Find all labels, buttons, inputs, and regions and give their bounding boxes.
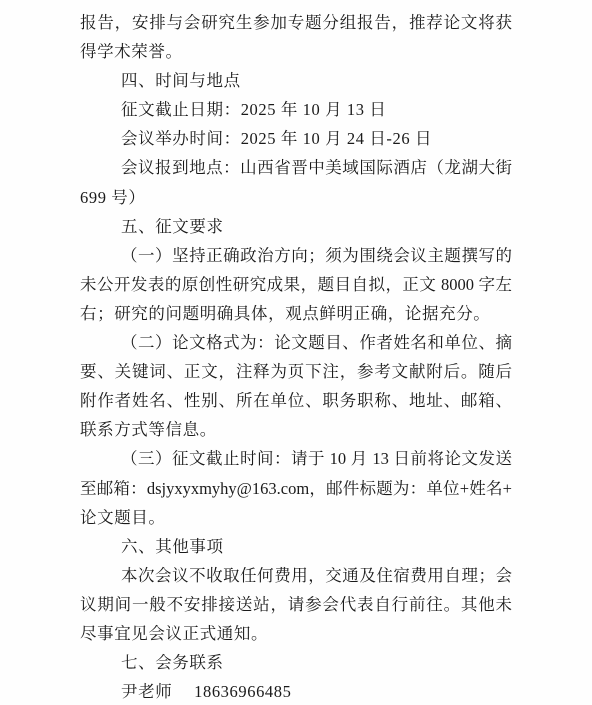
- text-line: （三）征文截止时间：请于 10 月 13 日前将论文发送: [80, 444, 512, 473]
- text-line: 尹老师 18636966485: [80, 677, 512, 705]
- text-line: 附作者姓名、性别、所在单位、职务职称、地址、邮箱、: [80, 386, 512, 415]
- text-line: 至邮箱：dsjyxyxmyhy@163.com，邮件标题为：单位+姓名+: [80, 474, 512, 503]
- text-line: （一）坚持正确政治方向；须为围绕会议主题撰写的: [80, 241, 512, 270]
- text-line: 会议报到地点：山西省晋中美域国际酒店（龙湖大街: [80, 153, 512, 182]
- text-line: 要、关键词、正文，注释为页下注，参考文献附后。随后: [80, 357, 512, 386]
- text-line: 会议举办时间：2025 年 10 月 24 日-26 日: [80, 124, 512, 153]
- text-line: 议期间一般不安排接送站，请参会代表自行前往。其他未: [80, 590, 512, 619]
- text-line: 右；研究的问题明确具体，观点鲜明正确，论据充分。: [80, 299, 512, 328]
- text-line: 四、时间与地点: [80, 66, 512, 95]
- text-line: 报告，安排与会研究生参加专题分组报告，推荐论文将获: [80, 8, 512, 37]
- text-line: 699 号）: [80, 183, 512, 212]
- text-line: 联系方式等信息。: [80, 415, 512, 444]
- text-line: 五、征文要求: [80, 212, 512, 241]
- text-line: 论文题目。: [80, 503, 512, 532]
- text-line: 尽事宜见会议正式通知。: [80, 619, 512, 648]
- document-page: 报告，安排与会研究生参加专题分组报告，推荐论文将获得学术荣誉。四、时间与地点征文…: [0, 0, 592, 705]
- text-line: （二）论文格式为：论文题目、作者姓名和单位、摘: [80, 328, 512, 357]
- text-line: 七、会务联系: [80, 648, 512, 677]
- text-line: 六、其他事项: [80, 532, 512, 561]
- document-text: 报告，安排与会研究生参加专题分组报告，推荐论文将获得学术荣誉。四、时间与地点征文…: [80, 8, 512, 705]
- text-line: 征文截止日期：2025 年 10 月 13 日: [80, 95, 512, 124]
- text-line: 本次会议不收取任何费用，交通及住宿费用自理；会: [80, 561, 512, 590]
- text-line: 未公开发表的原创性研究成果，题目自拟，正文 8000 字左: [80, 270, 512, 299]
- text-line: 得学术荣誉。: [80, 37, 512, 66]
